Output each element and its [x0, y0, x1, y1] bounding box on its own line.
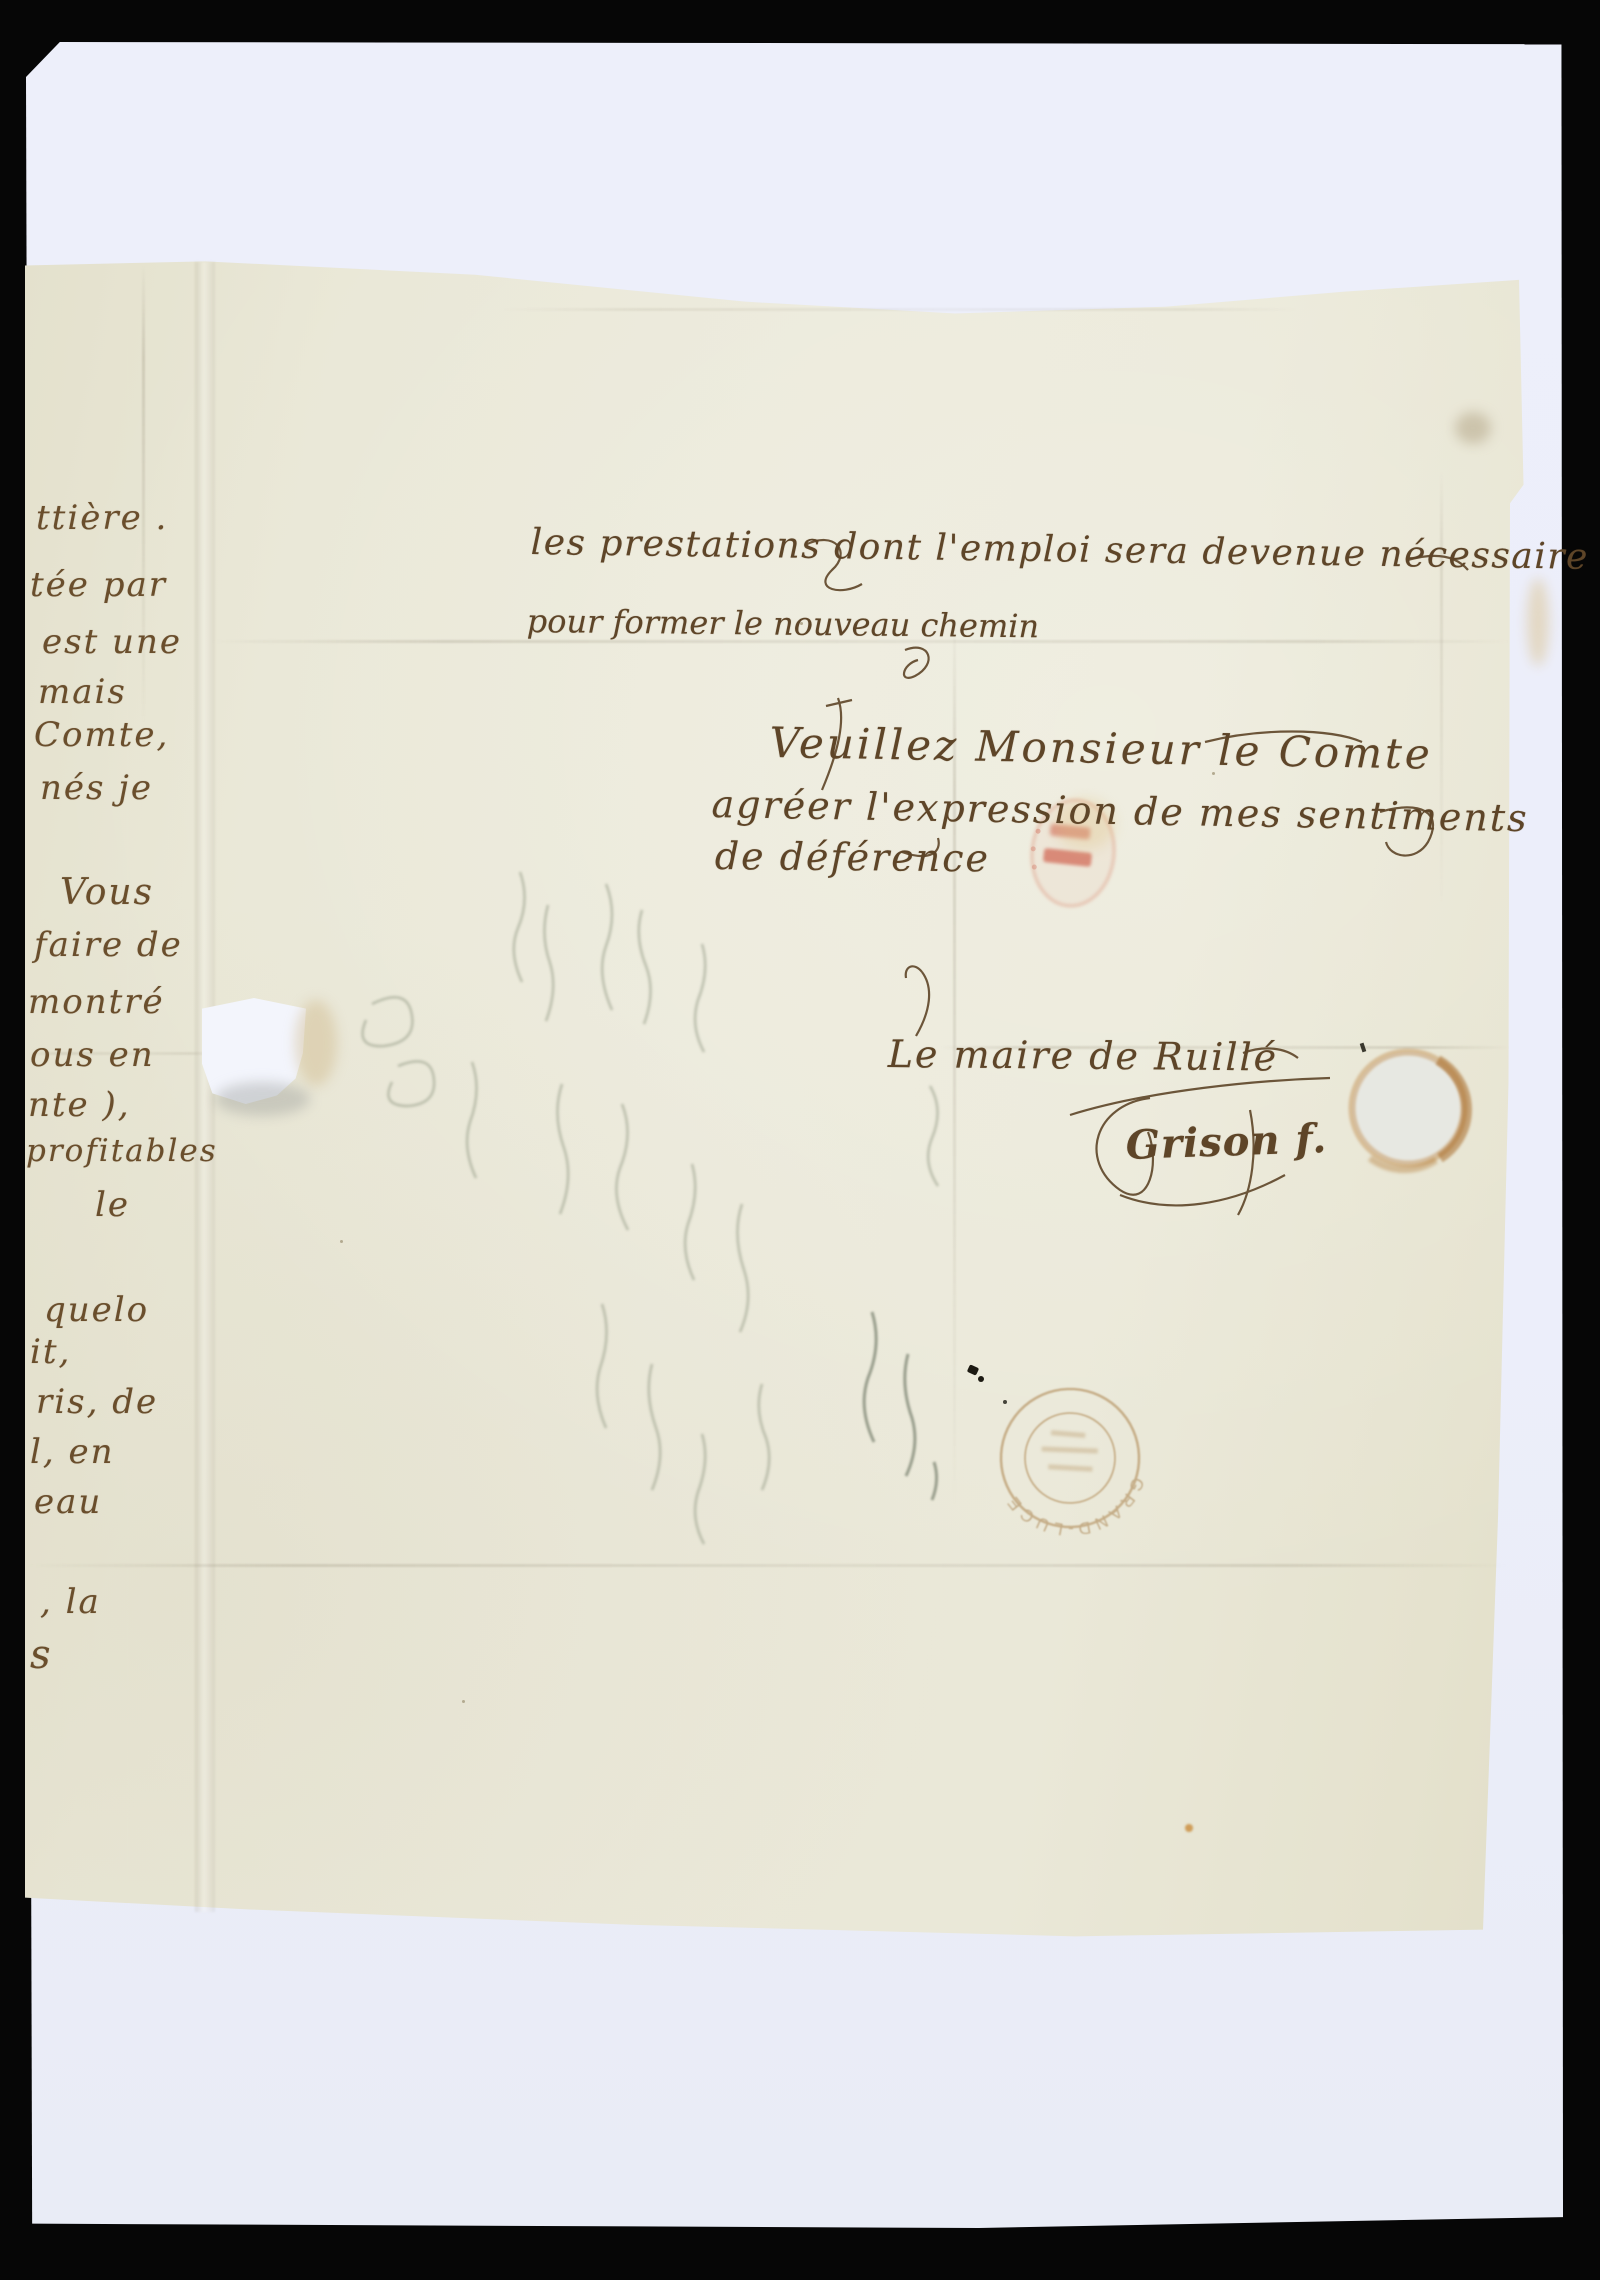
margin-fragment: l, en [30, 1432, 115, 1472]
margin-fragment: Comte, [34, 715, 169, 755]
margin-fragment: faire de [34, 925, 183, 965]
ink-speck [978, 1376, 984, 1382]
margin-fragment: Vous [60, 872, 154, 913]
margin-fragment: mais [38, 672, 127, 712]
dust-speck [800, 622, 803, 625]
ink-speck [1003, 1400, 1007, 1404]
scan-frame: GRAND-LUCE les prestations dont l'emploi… [0, 0, 1600, 2280]
margin-fragment: it, [30, 1332, 71, 1372]
margin-fragment: le [95, 1185, 130, 1225]
margin-fragment: eau [34, 1482, 102, 1522]
ink-flourishes [0, 0, 1600, 2280]
margin-fragment: tée par [30, 565, 167, 605]
margin-fragment: montré [28, 982, 165, 1022]
margin-fragment: , la [40, 1582, 101, 1622]
margin-fragment: s [30, 1632, 53, 1678]
margin-fragment: ous en [30, 1035, 155, 1075]
margin-fragment: nte ), [28, 1085, 131, 1125]
margin-fragment: ttière . [36, 498, 168, 538]
margin-fragment: profitables [26, 1133, 218, 1169]
dust-speck [462, 1700, 465, 1703]
margin-fragment: quelo [44, 1290, 149, 1330]
margin-fragment: nés je [40, 768, 153, 808]
dust-speck [340, 1240, 343, 1243]
dust-speck [1212, 772, 1215, 775]
margin-fragment: ris, de [36, 1382, 158, 1422]
margin-fragment: est une [42, 622, 182, 662]
